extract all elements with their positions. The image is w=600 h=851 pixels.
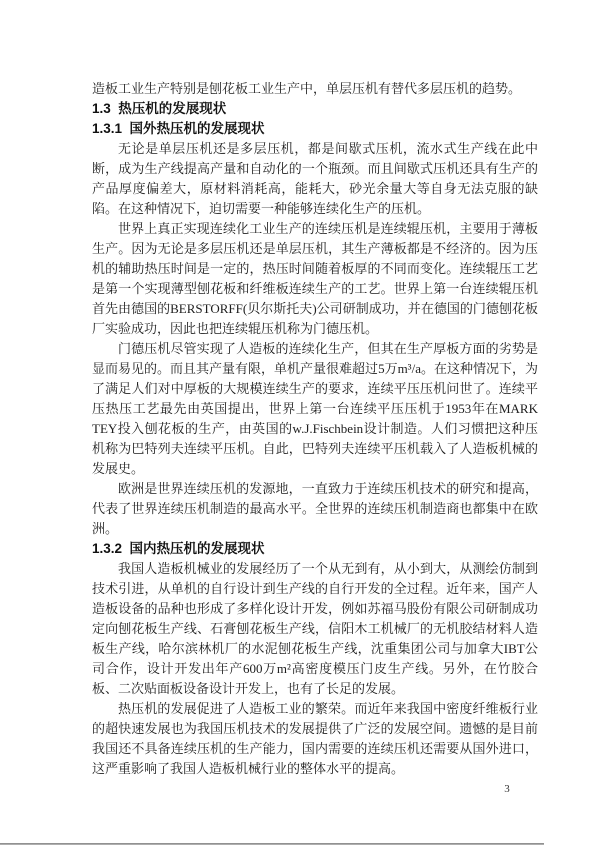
- body-paragraph: 热压机的发展促进了人造板工业的繁荣。而近年来我国中密度纤维板行业的超快速发展也为…: [92, 699, 538, 779]
- body-paragraph: 门德压机尽管实现了人造板的连续化生产，但其在生产厚板方面的劣势是显而易见的。而且…: [92, 339, 538, 479]
- section-heading: 1.3.2 国内热压机的发展现状: [92, 539, 538, 559]
- section-heading: 1.3 热压机的发展现状: [92, 99, 538, 119]
- document-page: 造板工业生产特别是刨花板工业生产中，单层压机有替代多层压机的趋势。1.3 热压机…: [0, 0, 600, 851]
- body-paragraph: 欧洲是世界连续压机的发源地，一直致力于连续压机技术的研究和提高，代表了世界连续压…: [92, 479, 538, 539]
- page-number: 3: [500, 783, 514, 795]
- body-paragraph: 我国人造板机械业的发展经历了一个从无到有，从小到大，从测绘仿制到技术引进，从单机…: [92, 559, 538, 699]
- body-paragraph: 无论是单层压机还是多层压机，都是间歇式压机，流水式生产线在此中断，成为生产线提高…: [92, 139, 538, 219]
- document-body: 造板工业生产特别是刨花板工业生产中，单层压机有替代多层压机的趋势。1.3 热压机…: [92, 79, 538, 779]
- document-viewport: { "page": { "number": "3", "background_c…: [0, 0, 600, 851]
- page-bottom-edge-line: [0, 843, 544, 845]
- body-paragraph: 造板工业生产特别是刨花板工业生产中，单层压机有替代多层压机的趋势。: [92, 79, 538, 99]
- body-paragraph: 世界上真正实现连续化工业生产的连续压机是连续辊压机，主要用于薄板生产。因为无论是…: [92, 219, 538, 339]
- section-heading: 1.3.1 国外热压机的发展现状: [92, 119, 538, 139]
